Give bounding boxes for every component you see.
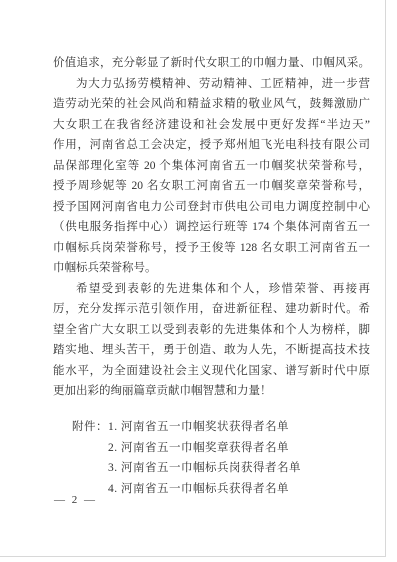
body-line: 大女职工在我省经济建设和社会发展中更好发挥“半边天” (53, 115, 370, 136)
attachments-label: 附件： (72, 417, 108, 499)
body-line: 更加出彩的绚丽篇章贡献巾帼智慧和力量！ (53, 381, 370, 402)
body-line: 望全省广大女职工以受到表彰的先进集体和个人为榜样，脚 (53, 320, 370, 341)
body-line: （供电服务指挥中心）调控运行班等 174 个集体河南省五一 (53, 217, 370, 238)
document-body-text: 价值追求，充分彰显了新时代女职工的巾帼力量、巾帼风采。 为大力弘扬劳模精神、劳动… (53, 53, 370, 402)
attachments-list: 1. 河南省五一巾帼奖状获得者名单 2. 河南省五一巾帼奖章获得者名单 3. 河… (108, 417, 301, 499)
body-line: 作用，河南省总工会决定，授予郑州旭飞光电科技有限公司 (53, 135, 370, 156)
page-number: — 2 — (54, 494, 97, 506)
page-edge-bottom-line (0, 556, 386, 557)
body-line: 踏实地、埋头苦干，勇于创造、敢为人先，不断提高技术技 (53, 340, 370, 361)
body-line: 授予国网河南省电力公司登封市供电公司电力调度控制中心 (53, 197, 370, 218)
document-page: 价值追求，充分彰显了新时代女职工的巾帼力量、巾帼风采。 为大力弘扬劳模精神、劳动… (0, 0, 397, 562)
body-line: 能水平，为全面建设社会主义现代化国家、谱写新时代中原 (53, 361, 370, 382)
body-line: 价值追求，充分彰显了新时代女职工的巾帼力量、巾帼风采。 (53, 53, 370, 74)
attachment-item: 1. 河南省五一巾帼奖状获得者名单 (108, 417, 301, 438)
body-line: 品保部理化室等 20 个集体河南省五一巾帼奖状荣誉称号， (53, 156, 370, 177)
body-line: 巾帼标兵荣誉称号。 (53, 258, 370, 279)
body-line: 造劳动光荣的社会风尚和精益求精的敬业风气，鼓舞激励广 (53, 94, 370, 115)
body-line: 希望受到表彰的先进集体和个人，珍惜荣誉、再接再 (53, 279, 370, 300)
body-line: 授予周珍妮等 20 名女职工河南省五一巾帼奖章荣誉称号， (53, 176, 370, 197)
attachment-item: 3. 河南省五一巾帼标兵岗获得者名单 (108, 458, 301, 479)
body-line: 巾帼标兵岗荣誉称号，授予王俊等 128 名女职工河南省五一 (53, 238, 370, 259)
body-line: 厉，充分发挥示范引领作用，奋进新征程、建功新时代。希 (53, 299, 370, 320)
attachment-item: 4. 河南省五一巾帼标兵获得者名单 (108, 479, 301, 500)
attachments-block: 附件： 1. 河南省五一巾帼奖状获得者名单 2. 河南省五一巾帼奖章获得者名单 … (72, 417, 301, 499)
page-edge-right-line (385, 0, 386, 557)
attachment-item: 2. 河南省五一巾帼奖章获得者名单 (108, 438, 301, 459)
body-line: 为大力弘扬劳模精神、劳动精神、工匠精神，进一步营 (53, 74, 370, 95)
